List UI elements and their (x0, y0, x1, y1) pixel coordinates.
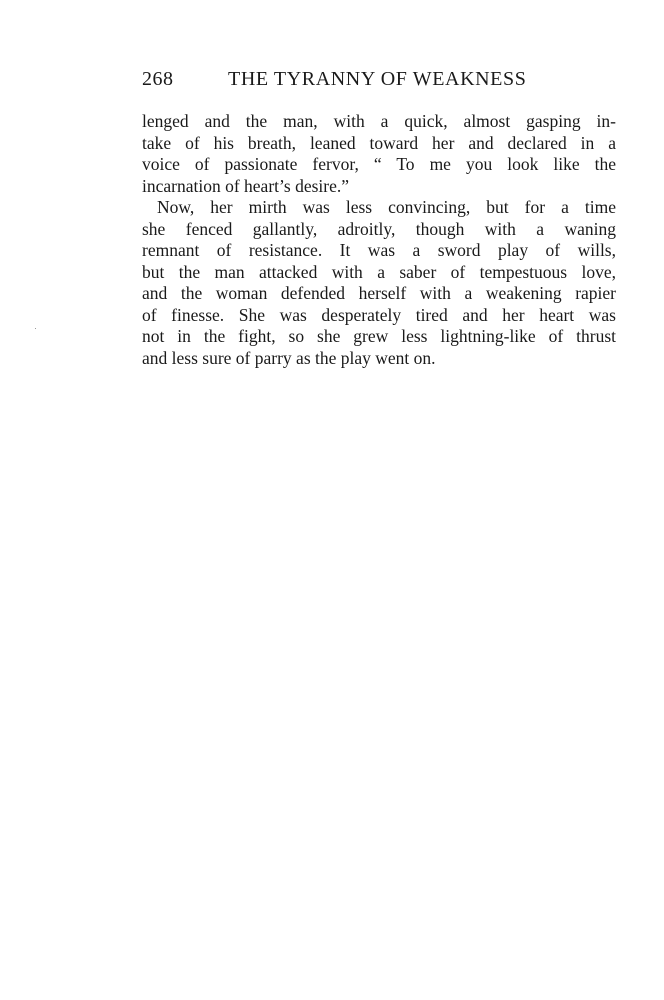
running-head: 268 THE TYRANNY OF WEAKNESS (142, 68, 618, 96)
text-line: voice of passionate fervor, “ To me you … (142, 154, 616, 176)
scan-speck (35, 328, 36, 329)
page-number: 268 (142, 68, 174, 91)
body-text: lenged and the man, with a quick, almost… (142, 111, 616, 369)
text-line: take of his breath, leaned toward her an… (142, 133, 616, 155)
text-line: she fenced gallantly, adroitly, though w… (142, 219, 616, 241)
text-line: not in the fight, so she grew less light… (142, 326, 616, 348)
text-line: remnant of resistance. It was a sword pl… (142, 240, 616, 262)
running-title: THE TYRANNY OF WEAKNESS (228, 68, 526, 91)
text-line: incarnation of heart’s desire.” (142, 176, 616, 198)
text-line: and the woman defended herself with a we… (142, 283, 616, 305)
text-line: but the man attacked with a saber of tem… (142, 262, 616, 284)
text-line: and less sure of parry as the play went … (142, 348, 616, 370)
paragraph-start-line: Now, her mirth was less convincing, but … (142, 197, 616, 219)
text-line: lenged and the man, with a quick, almost… (142, 111, 616, 133)
text-line: of finesse. She was desperately tired an… (142, 305, 616, 327)
